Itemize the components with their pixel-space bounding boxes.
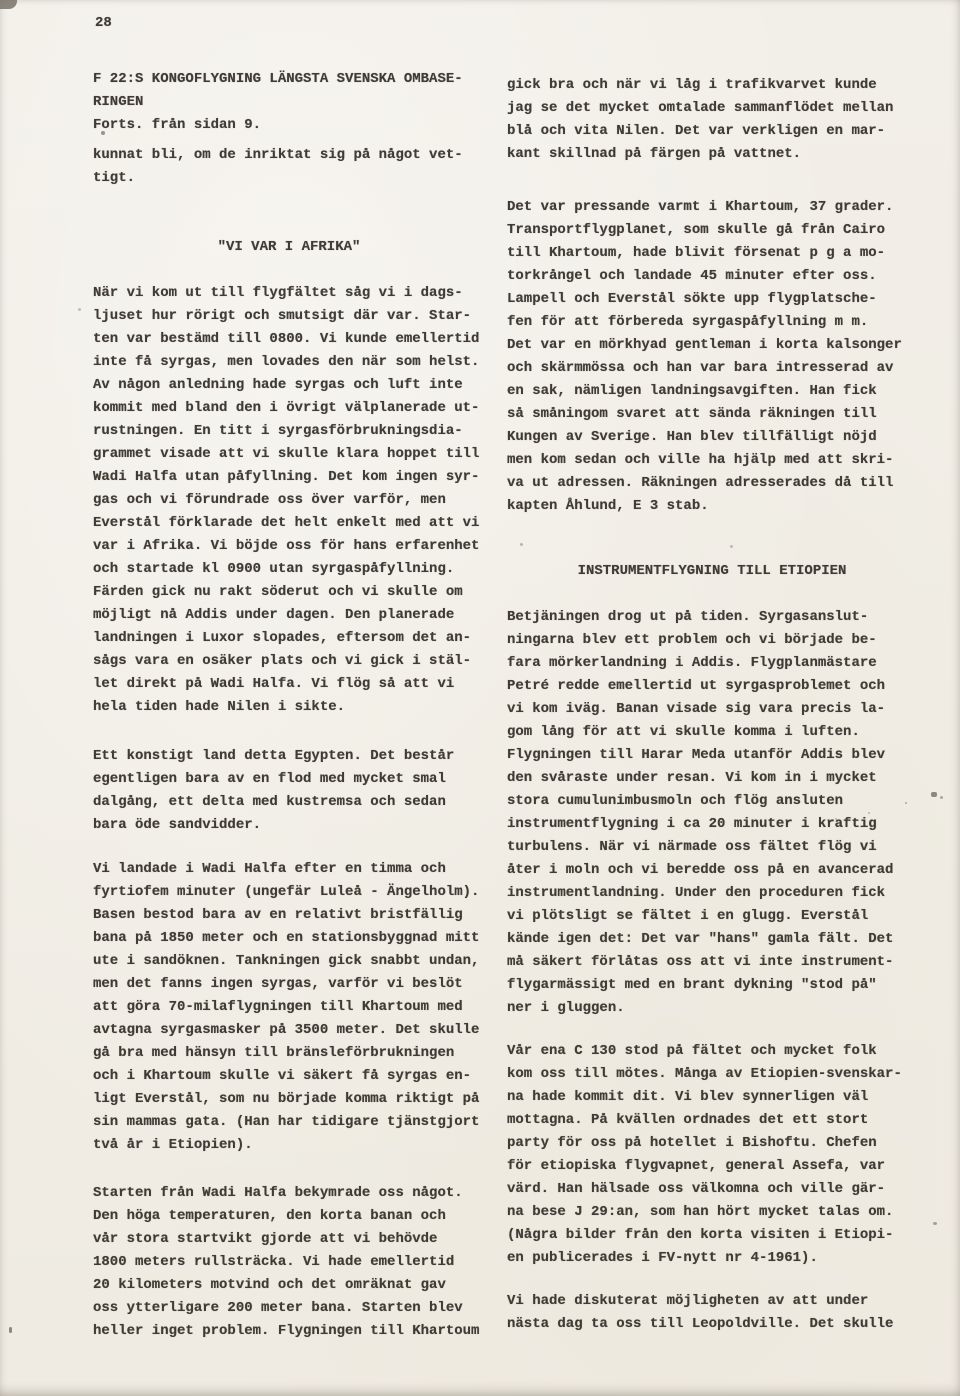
paragraph-flygfaltet: När vi kom ut till flygfältet såg vi i d… xyxy=(93,282,479,719)
paragraph-c130: Vår ena C 130 stod på fältet och mycket … xyxy=(507,1040,902,1270)
paragraph-leopoldville: Vi hade diskuterat möjligheten av att un… xyxy=(507,1290,893,1336)
section-heading-etiopien: INSTRUMENTFLYGNING TILL ETIOPIEN xyxy=(507,560,917,583)
paragraph-wadi-halfa: Vi landade i Wadi Halfa efter en timma o… xyxy=(93,858,479,1157)
scan-speck xyxy=(101,131,105,135)
paragraph-starten: Starten från Wadi Halfa bekymrade oss nå… xyxy=(93,1182,479,1343)
continuation-paragraph: kunnat bli, om de inriktat sig på något … xyxy=(93,144,463,190)
scan-speck xyxy=(868,812,870,814)
scan-speck xyxy=(940,796,943,799)
scan-speck xyxy=(520,543,523,546)
scan-smudge xyxy=(931,792,937,797)
paragraph-instrumentflygning: Betjäningen drog ut på tiden. Syrgasansl… xyxy=(507,606,893,1020)
section-heading-afrika: "VI VAR I AFRIKA" xyxy=(93,236,485,259)
scan-speck xyxy=(835,818,837,820)
scan-speck xyxy=(730,545,733,548)
scan-speck xyxy=(78,308,81,311)
scan-speck xyxy=(9,1327,12,1333)
scan-speck xyxy=(933,1222,937,1225)
paragraph-khartoum-heat: Det var pressande varmt i Khartoum, 37 g… xyxy=(507,196,902,518)
scan-corner-blotch xyxy=(0,0,17,9)
page-number: 28 xyxy=(95,12,112,35)
scanned-document-page: 28 F 22:S KONGOFLYGNING LÄNGSTA SVENSKA … xyxy=(0,0,960,1396)
scan-speck xyxy=(905,802,907,804)
article-title: F 22:S KONGOFLYGNING LÄNGSTA SVENSKA OMB… xyxy=(93,68,463,137)
paragraph-egypten: Ett konstigt land detta Egypten. Det bes… xyxy=(93,745,454,837)
paragraph-khartoum-arrival: gick bra och när vi låg i trafikvarvet k… xyxy=(507,74,893,166)
